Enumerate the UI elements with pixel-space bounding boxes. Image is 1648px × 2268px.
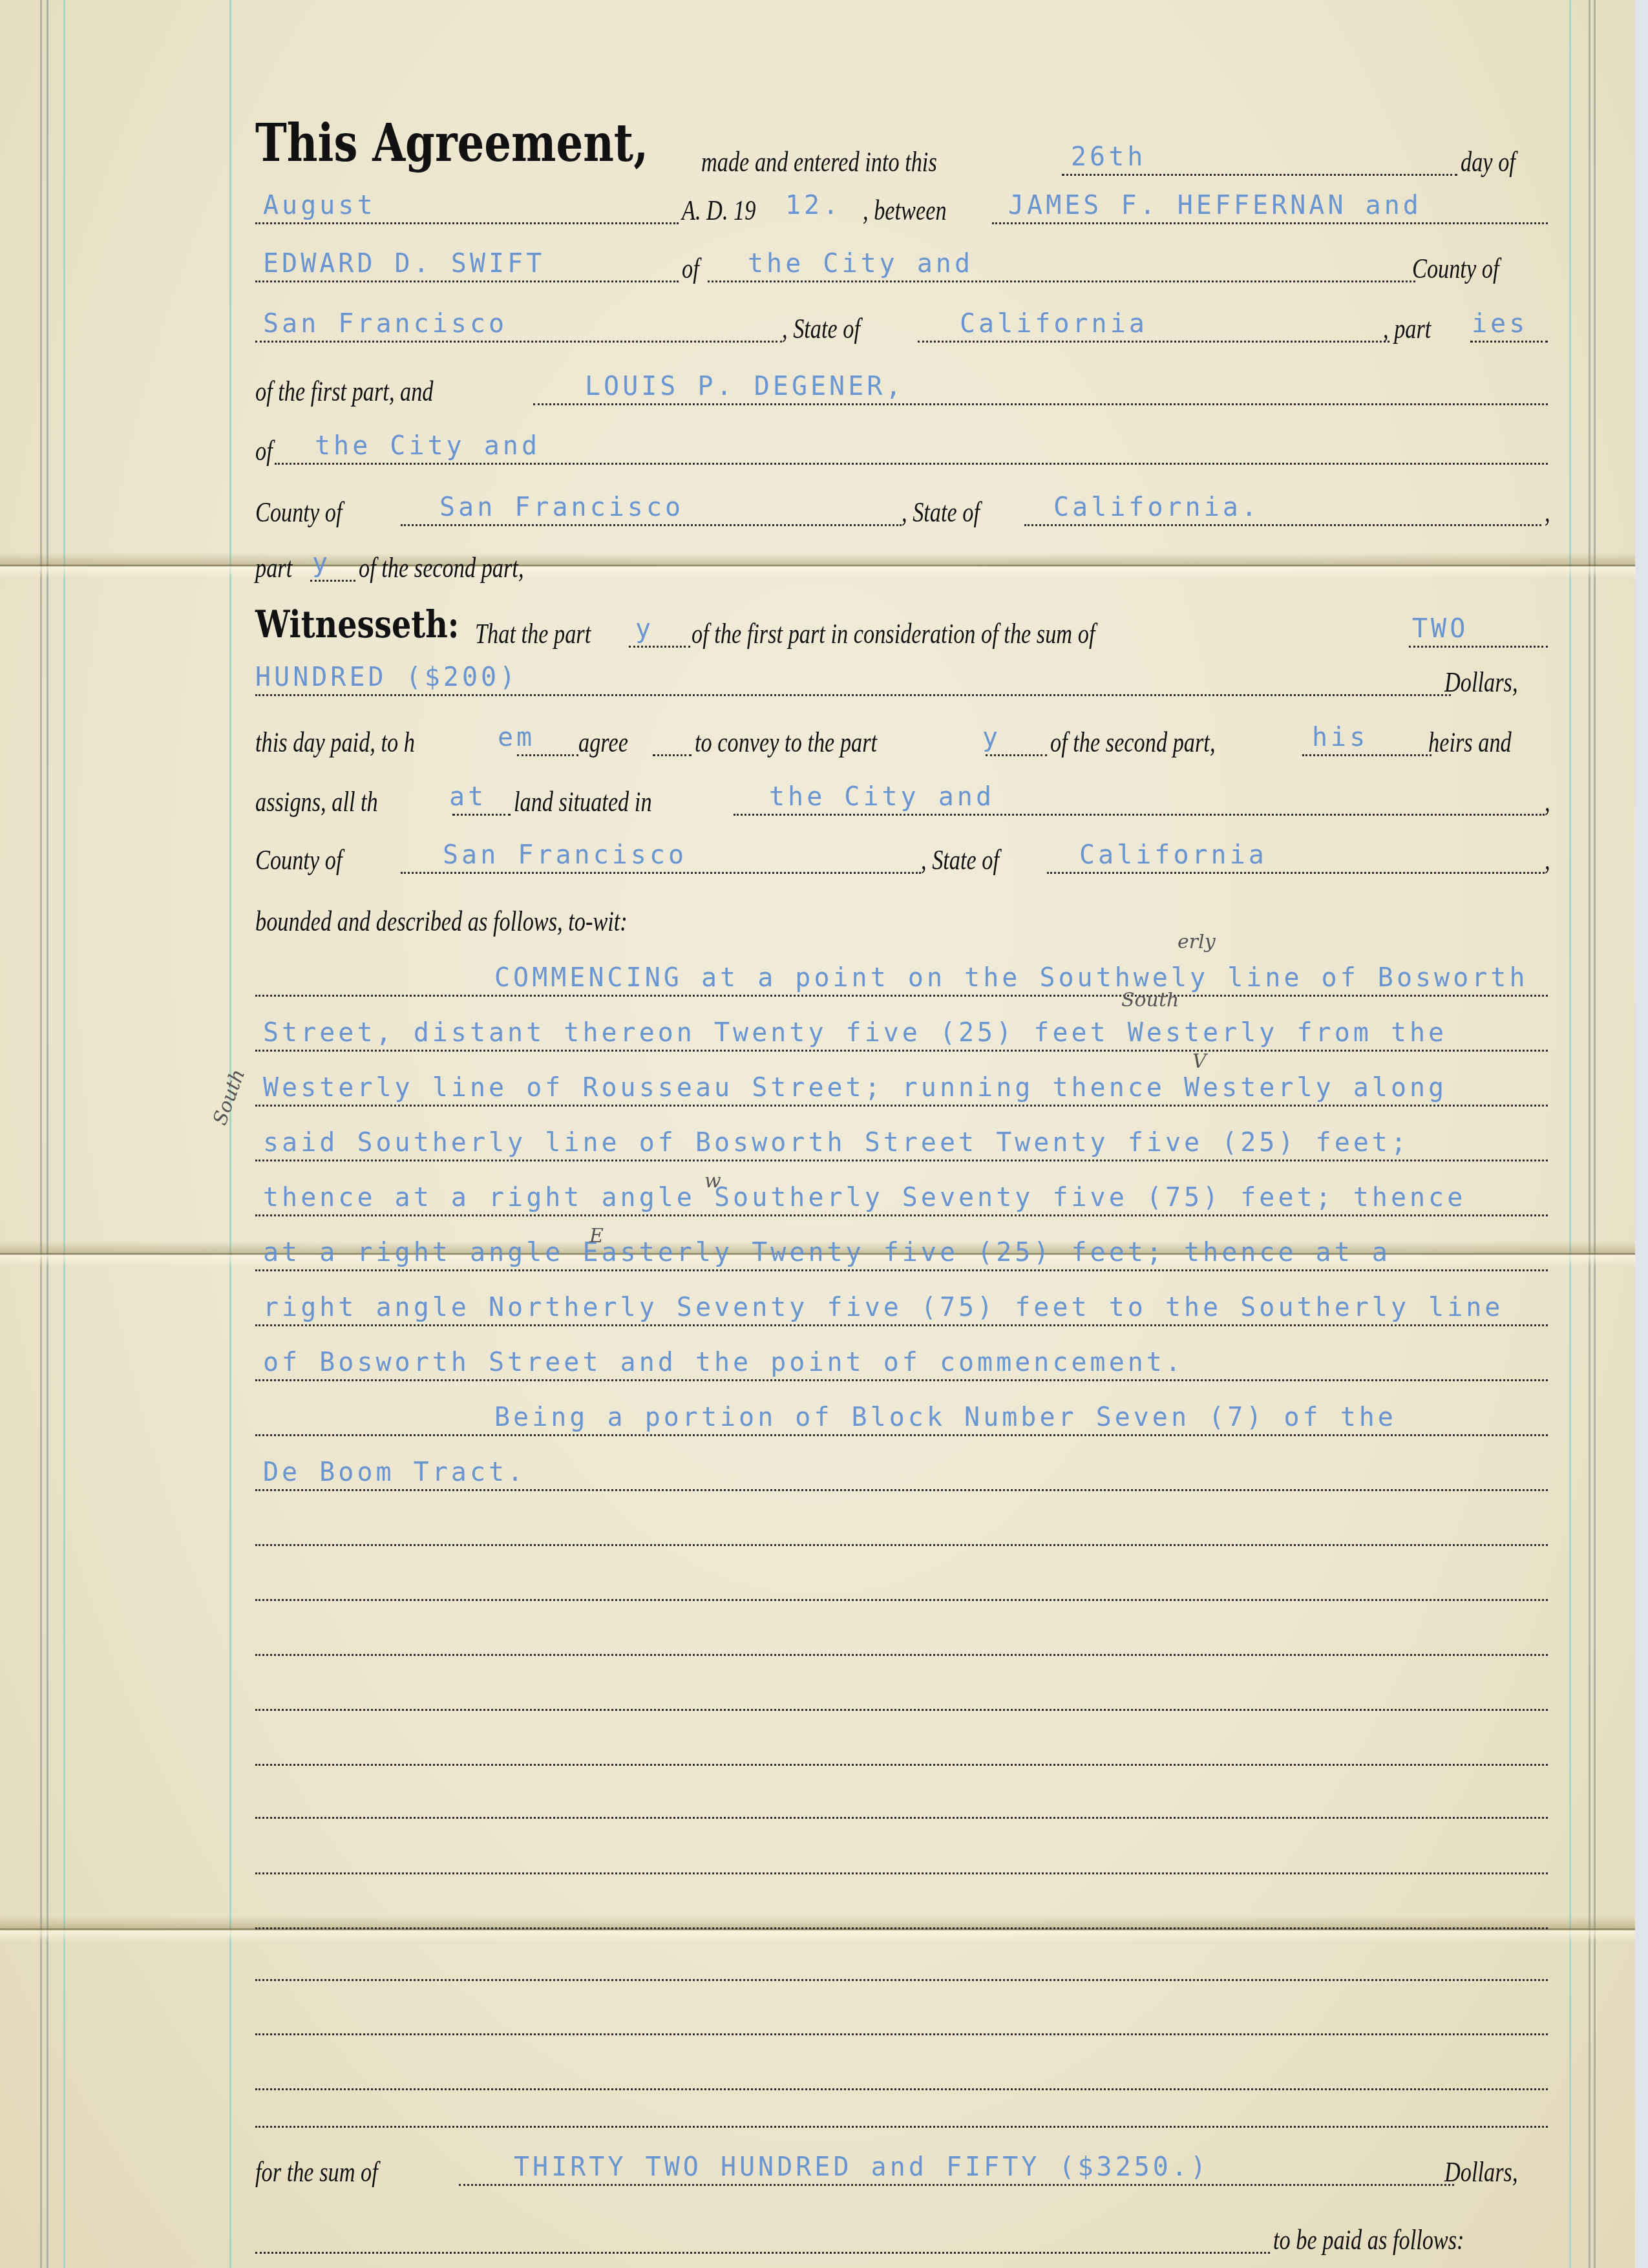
label-land-situated: land situated in (514, 785, 652, 818)
second-county-field[interactable]: San Francisco (439, 493, 684, 522)
label-this-day-paid: this day paid, to h (255, 726, 415, 759)
first-county-state-line: San Francisco , State of California , pa… (255, 302, 1548, 348)
description-line: Street, distant thereon Twenty five (25)… (255, 1012, 1548, 1057)
description-line: right angle Northerly Seventy five (75) … (255, 1286, 1548, 1331)
dotted-line (255, 1654, 1548, 1656)
label-county-of: County of (1412, 252, 1499, 285)
dotted-line (255, 1214, 1548, 1216)
dotted-line (255, 1979, 1548, 1981)
total-sum-field[interactable]: THIRTY TWO HUNDRED and FIFTY ($3250.) (514, 2152, 1209, 2182)
agreement-date-line: This Agreement, made and entered into th… (255, 110, 1548, 181)
land-county-state-line: County of San Francisco , State of Calif… (255, 834, 1548, 879)
dotted-line (255, 1379, 1548, 1381)
dotted-line (255, 1817, 1548, 1819)
consideration-amount-field[interactable]: TWO (1412, 614, 1468, 644)
label-bounded-described: bounded and described as follows, to-wit… (255, 905, 628, 938)
label-assigns: assigns, all th (255, 785, 378, 818)
month-field[interactable]: August (263, 191, 376, 220)
description-text[interactable]: said Southerly line of Bosworth Street T… (263, 1128, 1410, 1158)
description-text[interactable]: Being a portion of Block Number Seven (7… (494, 1403, 1397, 1432)
parties-suffix-field[interactable]: ies (1472, 309, 1528, 339)
second-party-residence-field[interactable]: the City and (315, 431, 540, 461)
label-ad: A. D. 19 (682, 194, 755, 227)
dotted-line (1024, 524, 1541, 526)
dotted-line (401, 872, 921, 874)
label-second-part: of the second part, (1050, 726, 1215, 759)
year-field[interactable]: 12. (785, 191, 841, 220)
dotted-line (918, 341, 1389, 343)
second-county-state-line: County of San Francisco , State of Calif… (255, 486, 1548, 531)
witness-part-suffix-field[interactable]: y (635, 614, 654, 644)
description-text[interactable]: of Bosworth Street and the point of comm… (263, 1348, 1184, 1377)
total-sum-line: for the sum of THIRTY TWO HUNDRED and FI… (255, 2146, 1548, 2191)
dotted-line (517, 754, 578, 756)
label-dollars: Dollars, (1444, 2156, 1517, 2189)
witnesseth-heading: Witnesseth: (255, 602, 459, 646)
dotted-line (986, 754, 1047, 756)
dotted-line (255, 1160, 1548, 1161)
day-field[interactable]: 26th (1071, 142, 1146, 172)
blank-line[interactable] (255, 2088, 1548, 2133)
paid-convey-line: this day paid, to h em agree to convey t… (255, 716, 1548, 761)
pencil-annotation: erly (1178, 931, 1216, 953)
land-location-line: assigns, all th at land situated in the … (255, 776, 1548, 821)
dotted-line (255, 2252, 1270, 2254)
description-text[interactable]: at a right angle Easterly Twenty five (2… (263, 1238, 1391, 1267)
scan-background (1635, 0, 1648, 2268)
label-comma: , (1545, 843, 1550, 876)
second-state-field[interactable]: California. (1053, 493, 1260, 522)
first-party-of-line: EDWARD D. SWIFT of the City and County o… (255, 242, 1548, 288)
description-text[interactable]: Street, distant thereon Twenty five (25)… (263, 1018, 1447, 1048)
label-that-the-part: That the part (475, 617, 591, 650)
description-text[interactable]: Westerly line of Rousseau Street; runnin… (263, 1073, 1447, 1103)
label-day-of: day of (1461, 145, 1516, 178)
second-party-field[interactable]: LOUIS P. DEGENER, (585, 372, 904, 401)
label-between: , between (863, 194, 947, 227)
month-field-line (255, 222, 679, 224)
blank-line[interactable] (255, 1671, 1548, 1716)
first-party-field-2[interactable]: EDWARD D. SWIFT (263, 249, 545, 279)
dotted-line (255, 2033, 1548, 2035)
dotted-line (255, 1872, 1548, 1874)
payment-terms-line: to be paid as follows: (255, 2214, 1548, 2259)
description-line: Being a portion of Block Number Seven (7… (255, 1396, 1548, 1441)
label-dollars: Dollars, (1444, 666, 1517, 699)
dotted-line (459, 2184, 1454, 2186)
dotted-line (452, 814, 511, 816)
dotted-line (255, 1050, 1548, 1052)
label-state-of: , State of (902, 496, 980, 529)
dotted-line (1470, 341, 1548, 343)
second-part-line: part y of the second part, (255, 542, 1548, 587)
second-part-suffix-field[interactable]: y (312, 548, 331, 578)
dotted-line (255, 1269, 1548, 1271)
first-party-residence-field[interactable]: the City and (748, 249, 973, 279)
label-state-of: , State of (782, 312, 860, 345)
label-heirs-and: heirs and (1428, 726, 1512, 759)
label-to-be-paid: to be paid as follows: (1273, 2223, 1464, 2256)
label-comma: , (1545, 785, 1550, 818)
description-text[interactable]: De Boom Tract. (263, 1457, 526, 1487)
description-line: COMMENCING at a point on the Southwely l… (255, 957, 1548, 1002)
dotted-line (255, 2126, 1548, 2128)
description-line: Westerly line of Rousseau Street; runnin… (255, 1066, 1548, 1112)
label-second-part: of the second part, (359, 551, 523, 584)
second-party-of-line: of the City and (255, 425, 1548, 470)
pencil-annotation: V (1192, 1050, 1207, 1073)
description-text[interactable]: right angle Northerly Seventy five (75) … (263, 1293, 1503, 1322)
land-county-field[interactable]: San Francisco (443, 840, 687, 870)
first-party-line (992, 222, 1548, 224)
dotted-line (255, 281, 679, 282)
label-of: of (682, 252, 699, 285)
pencil-annotation: E (589, 1225, 604, 1247)
dotted-line (708, 281, 1415, 282)
dotted-line (275, 463, 1548, 465)
label-consideration: of the first part in consideration of th… (692, 617, 1095, 650)
blank-line[interactable] (255, 1889, 1548, 1934)
pencil-annotation: w (704, 1170, 721, 1192)
all-that-field[interactable]: at (449, 782, 487, 812)
label-county-of: County of (255, 843, 342, 876)
witnesseth-line: Witnesseth: That the part y of the first… (255, 595, 1548, 653)
dotted-line (255, 1927, 1548, 1929)
dotted-line (255, 1764, 1548, 1766)
label-part: , part (1383, 312, 1431, 345)
dotted-line (653, 754, 692, 756)
dotted-line (533, 403, 1548, 405)
dotted-line (255, 341, 782, 343)
label-made-entered: made and entered into this (701, 145, 937, 178)
description-line: of Bosworth Street and the point of comm… (255, 1341, 1548, 1386)
label-agree: agree (578, 726, 628, 759)
label-state-of: , State of (921, 843, 999, 876)
dotted-line (255, 1105, 1548, 1107)
label-county-of: County of (255, 496, 342, 529)
date-parties-line: August A. D. 19 12. , between JAMES F. H… (255, 184, 1548, 229)
blank-line[interactable] (255, 1834, 1548, 1880)
label-for-the-sum: for the sum of (255, 2156, 378, 2189)
dotted-line (255, 995, 1548, 997)
blank-line[interactable] (255, 1779, 1548, 1824)
land-state-field[interactable]: California (1079, 840, 1267, 870)
dotted-line (1047, 872, 1545, 874)
second-party-line: of the first part, and LOUIS P. DEGENER, (255, 365, 1548, 410)
dotted-line (734, 814, 1545, 816)
dotted-line (629, 646, 690, 648)
dotted-line (255, 1434, 1548, 1436)
dotted-line (1409, 646, 1548, 648)
first-party-field[interactable]: JAMES F. HEFFERNAN and (1008, 191, 1422, 220)
label-of: of (255, 434, 273, 467)
agreement-heading: This Agreement, (255, 112, 648, 173)
description-text[interactable]: thence at a right angle Southerly Sevent… (263, 1183, 1466, 1213)
blank-line[interactable] (255, 1506, 1548, 1551)
land-location-field[interactable]: the City and (769, 782, 995, 812)
description-line: said Southerly line of Bosworth Street T… (255, 1121, 1548, 1167)
consideration-amount-field-2[interactable]: HUNDRED ($200) (255, 662, 518, 692)
first-state-field[interactable]: California (960, 309, 1148, 339)
consideration-line: HUNDRED ($200) Dollars, (255, 656, 1548, 701)
dotted-line (401, 524, 902, 526)
label-part: part (255, 551, 292, 584)
label-comma: , (1545, 496, 1550, 529)
dotted-line (255, 694, 1451, 696)
day-field-line (1062, 174, 1457, 176)
pencil-annotation: South (1121, 989, 1179, 1012)
dotted-line (255, 1489, 1548, 1491)
dotted-line (255, 1709, 1548, 1711)
blank-line[interactable] (255, 1995, 1548, 2040)
first-county-field[interactable]: San Francisco (263, 309, 507, 339)
description-line: thence at a right angle Southerly Sevent… (255, 1176, 1548, 1222)
blank-line[interactable] (255, 1941, 1548, 1986)
heirs-pronoun-field[interactable]: his (1312, 723, 1368, 752)
blank-line[interactable] (255, 1561, 1548, 1606)
blank-line[interactable] (255, 1726, 1548, 1771)
label-convey: to convey to the part (695, 726, 877, 759)
dotted-line (255, 1599, 1548, 1601)
description-text[interactable]: COMMENCING at a point on the Southwely l… (494, 963, 1528, 993)
description-line: De Boom Tract. (255, 1451, 1548, 1496)
dotted-line (1302, 754, 1431, 756)
paid-to-field[interactable]: em (498, 723, 535, 752)
dotted-line (310, 580, 355, 582)
bounded-line: bounded and described as follows, to-wit… (255, 895, 1548, 940)
blank-line[interactable] (255, 1616, 1548, 1661)
dotted-line (255, 1544, 1548, 1546)
convey-part-suffix-field[interactable]: y (982, 723, 1001, 752)
description-line: at a right angle Easterly Twenty five (2… (255, 1231, 1548, 1277)
dotted-line (255, 1324, 1548, 1326)
label-first-part-and: of the first part, and (255, 375, 434, 408)
